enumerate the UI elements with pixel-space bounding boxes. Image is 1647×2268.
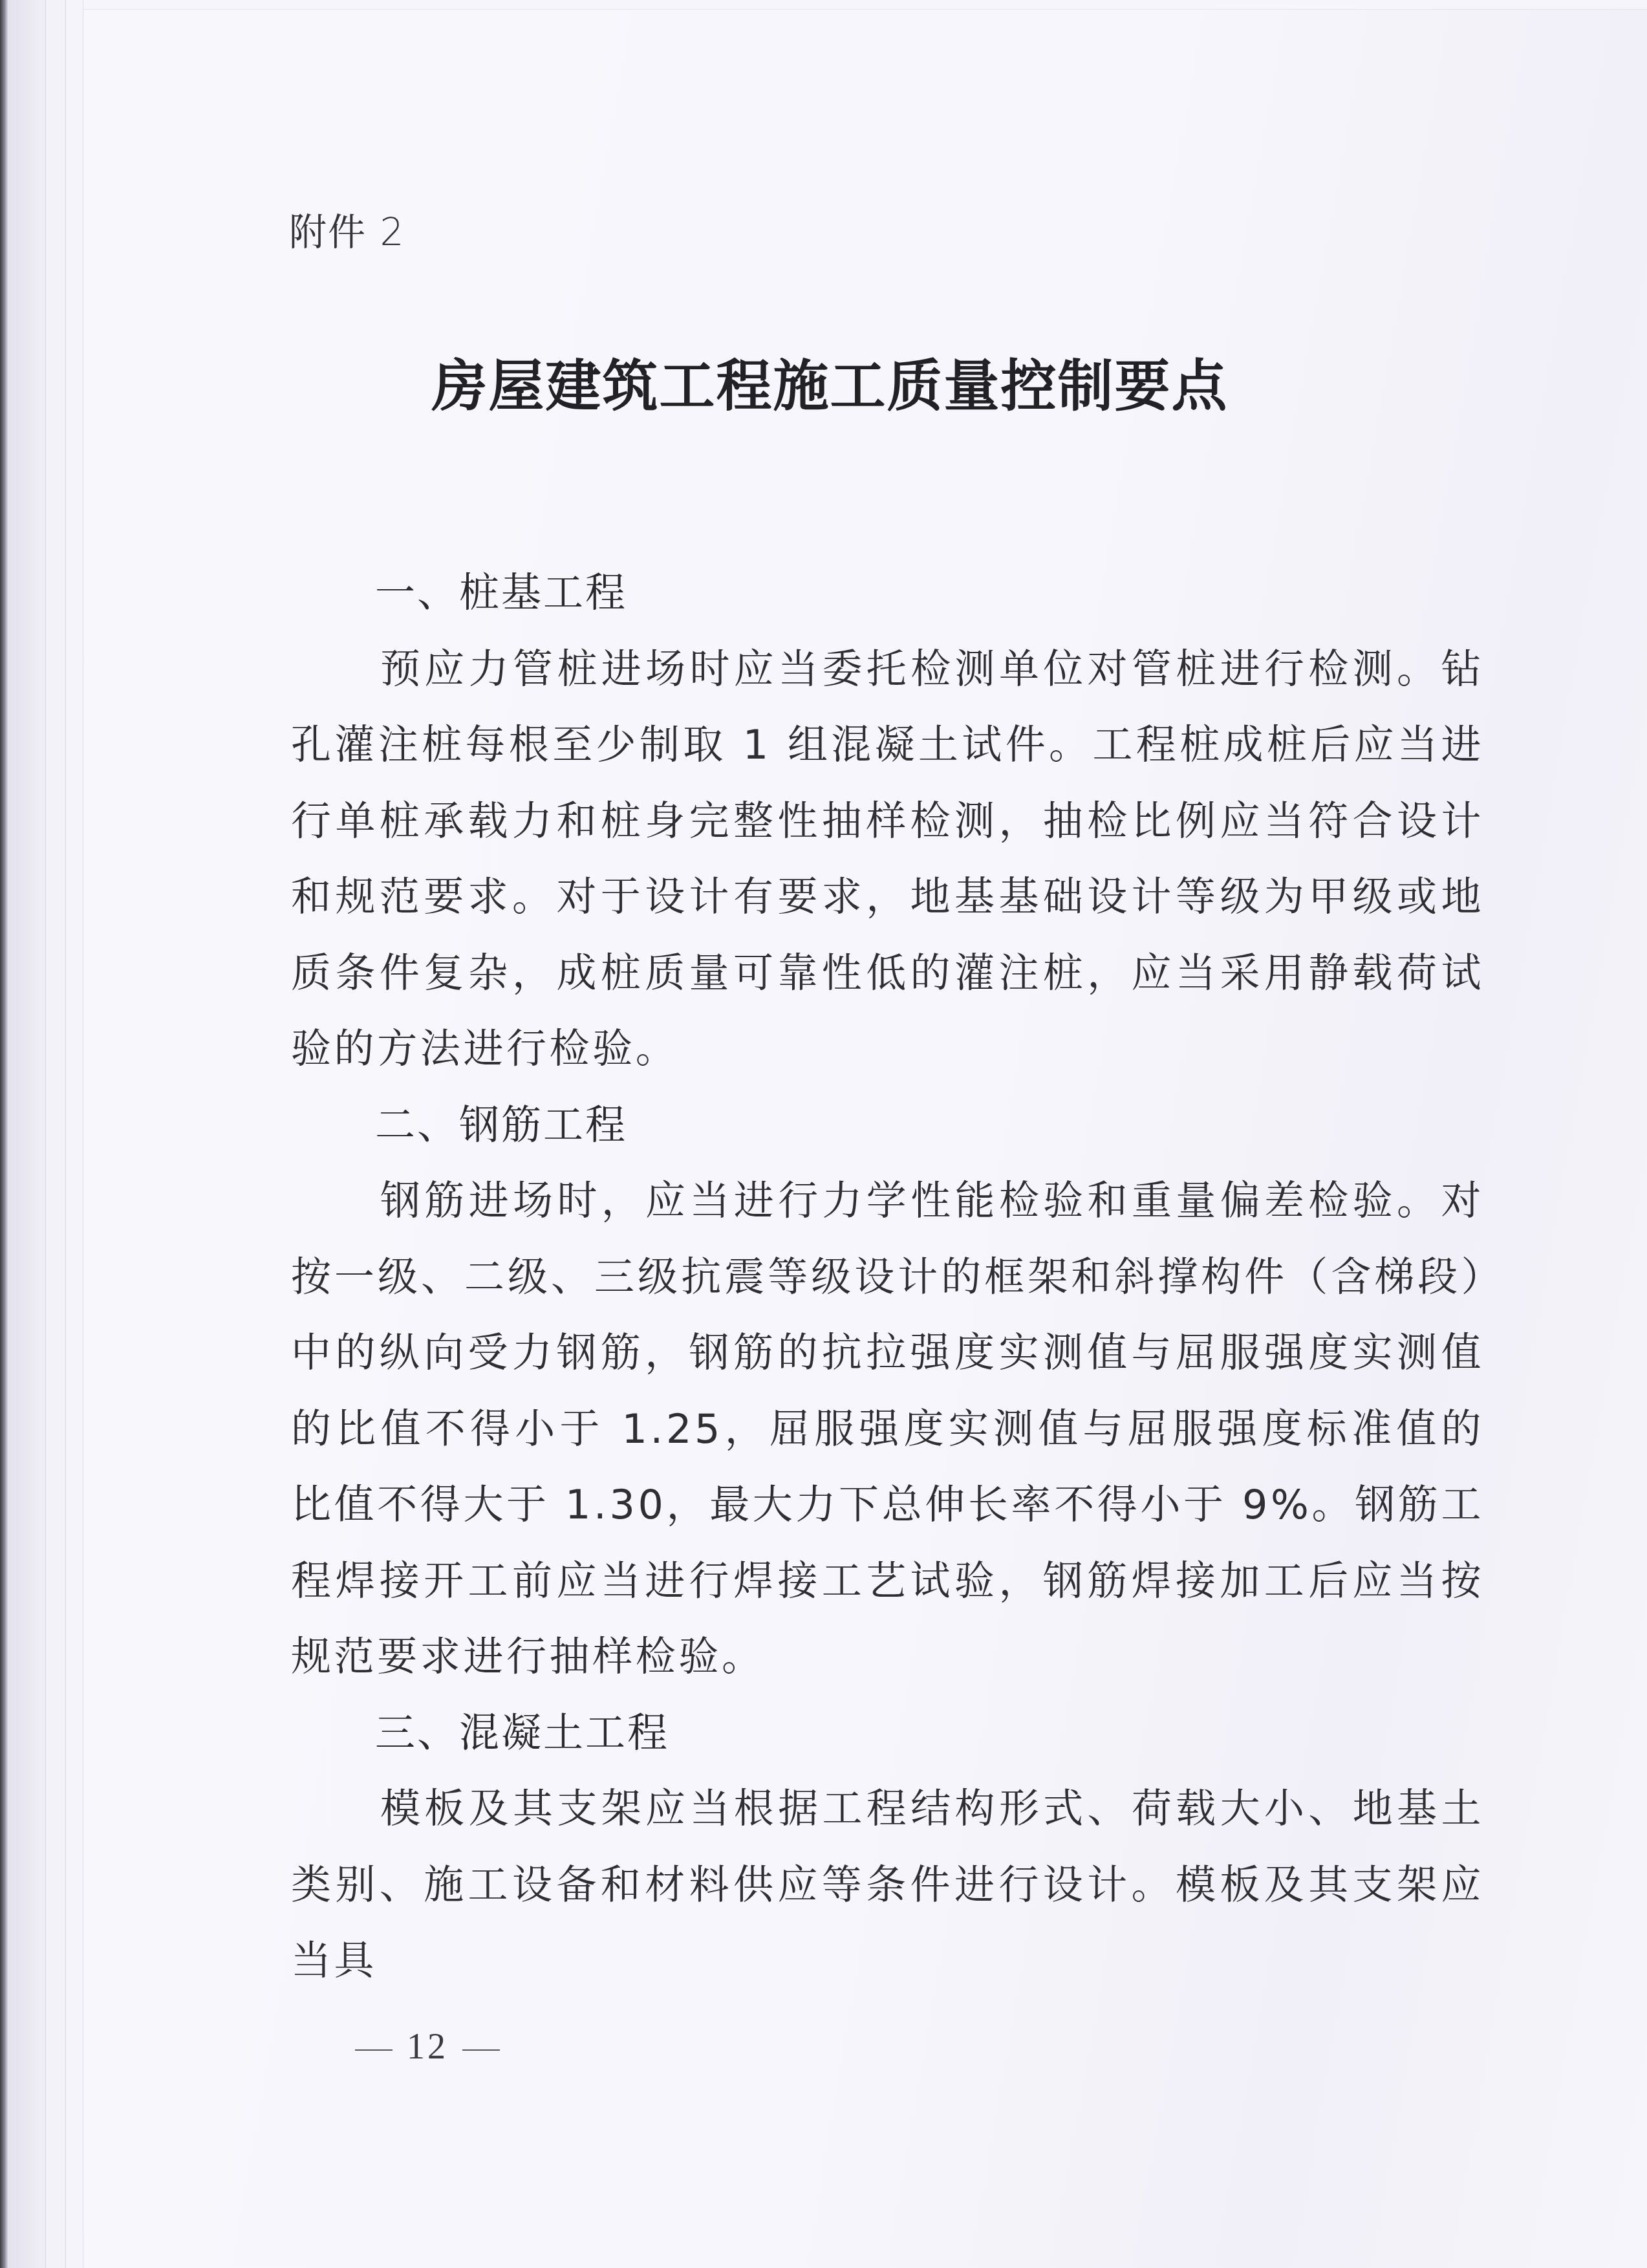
paper-stack-edge-sheet — [8, 0, 46, 2268]
page-number: 12 — [407, 2027, 448, 2067]
section-heading-rebar: 二、钢筋工程 — [291, 1087, 1484, 1163]
document-body: 一、桩基工程 预应力管桩进场时应当委托检测单位对管桩进行检测。钻孔灌注桩每根至少… — [291, 555, 1484, 1999]
section-paragraph-concrete: 模板及其支架应当根据工程结构形式、荷载大小、地基土类别、施工设备和材料供应等条件… — [291, 1771, 1484, 1999]
dash-right — [462, 2049, 500, 2051]
section-heading-concrete: 三、混凝土工程 — [291, 1695, 1484, 1771]
section-heading-pile-foundation: 一、桩基工程 — [291, 555, 1484, 631]
section-paragraph-pile-foundation: 预应力管桩进场时应当委托检测单位对管桩进行检测。钻孔灌注桩每根至少制取 1 组混… — [291, 631, 1484, 1087]
paper-stack-edge-sheet — [66, 0, 83, 2268]
paper-stack-edge-sheet — [46, 0, 66, 2268]
attachment-label: 附件 2 — [289, 202, 405, 256]
document-title: 房屋建筑工程施工质量控制要点 — [0, 341, 1647, 422]
dash-left — [355, 2049, 393, 2051]
section-paragraph-rebar: 钢筋进场时，应当进行力学性能检验和重量偏差检验。对按一级、二级、三级抗震等级设计… — [291, 1163, 1484, 1695]
paper-stack-edge-shadow — [0, 0, 8, 2268]
page-number-footer: 12 — [341, 2026, 514, 2068]
